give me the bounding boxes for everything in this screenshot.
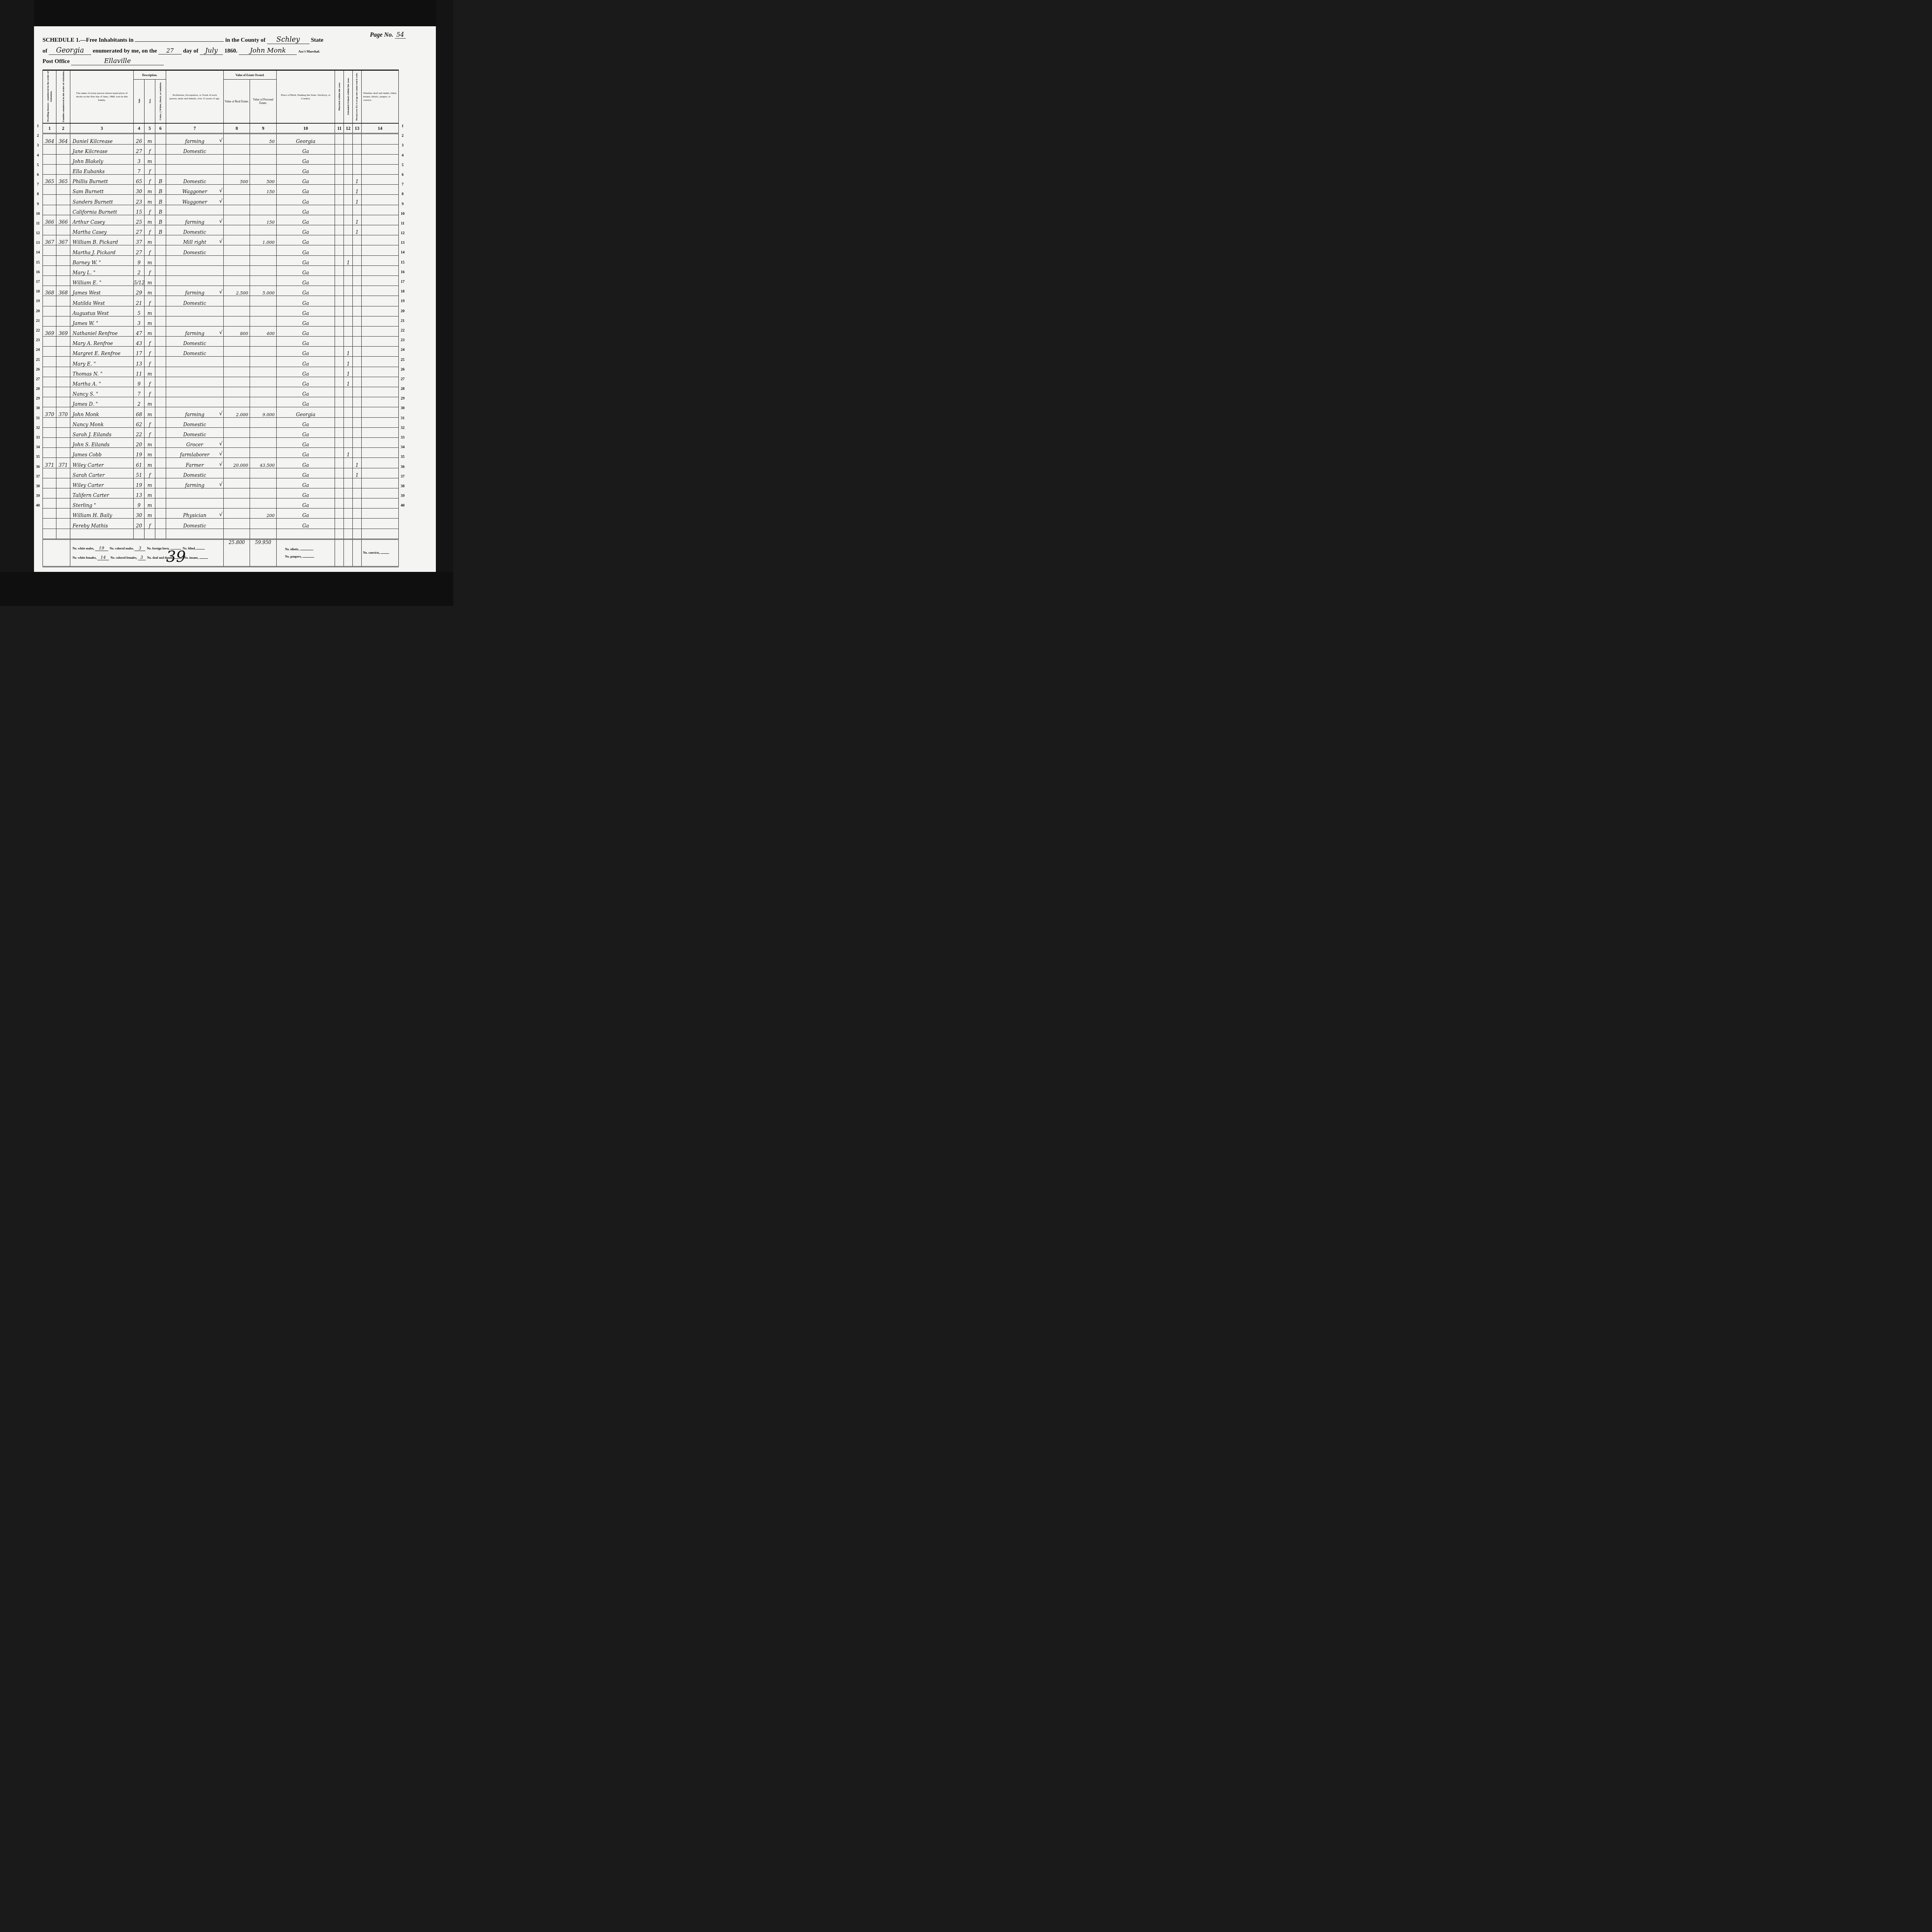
person-name: James D. " (73, 401, 98, 407)
age: 20 (136, 442, 142, 447)
line-number-right: 38 (399, 481, 406, 491)
attended-school-cell: 1 (344, 347, 353, 357)
col-num-4: 4 (134, 123, 145, 134)
real-estate-value-cell (224, 468, 250, 478)
personal-estate-value-cell (250, 245, 276, 255)
occupation: farmlaborer (180, 452, 209, 457)
birthplace: Ga (302, 523, 309, 529)
sex-cell: m (145, 367, 155, 377)
person-name-cell: Sanders Burnett (70, 195, 133, 205)
col-num-2: 2 (56, 123, 70, 134)
dwelling-number-cell: 367 (43, 235, 56, 245)
dwelling-number: 369 (45, 330, 54, 336)
sex: f (149, 422, 151, 427)
family-number-cell (56, 417, 70, 427)
line-number-right: 31 (399, 413, 406, 423)
color-cell: B (155, 205, 166, 215)
table-row: Sarah Carter51fDomesticGa1 (43, 468, 399, 478)
cannot-read-write-cell (353, 337, 362, 347)
birthplace-cell: Ga (276, 458, 335, 468)
line-number-left: 3 (34, 141, 42, 150)
person-name: Sam Burnett (73, 189, 104, 194)
dwelling-number-cell (43, 347, 56, 357)
line-number-right: 13 (399, 238, 406, 248)
personal-estate-value: 43.500 (260, 463, 275, 468)
personal-estate-value-cell (250, 337, 276, 347)
age: 27 (136, 229, 142, 235)
birthplace-cell: Ga (276, 235, 335, 245)
personal-estate-value-cell (250, 154, 276, 164)
dwelling-number-cell (43, 468, 56, 478)
line-number-left: 40 (34, 501, 42, 510)
convicts-tally: No. convicts, (361, 539, 398, 566)
real-estate-value-cell: 20.000 (224, 458, 250, 468)
age-cell: 13 (134, 357, 145, 367)
birthplace: Ga (302, 158, 309, 164)
birthplace-cell: Ga (276, 306, 335, 316)
family-number: 365 (59, 179, 68, 184)
birthplace-cell: Ga (276, 488, 335, 498)
birthplace-cell: Ga (276, 286, 335, 296)
age-cell: 27 (134, 225, 145, 235)
sex-cell: f (145, 296, 155, 306)
occupation-cell: Domestic (166, 347, 223, 357)
color-cell (155, 357, 166, 367)
line-number-right: 25 (399, 355, 406, 365)
occupation-cell (166, 265, 223, 276)
table-row: Martha Casey27fBDomesticGa1 (43, 225, 399, 235)
dwelling-number-cell (43, 519, 56, 529)
age-cell: 27 (134, 144, 145, 154)
cannot-read-write: 1 (355, 179, 359, 184)
birthplace: Ga (302, 462, 309, 468)
line-number-left: 21 (34, 316, 42, 326)
personal-estate-value: 500 (267, 179, 275, 184)
table-row: Sam Burnett30mBWaggoner√150Ga1 (43, 185, 399, 195)
person-name: Mary A. Renfroe (73, 340, 113, 346)
col-group-estate: Value of Estate Owned. (224, 70, 277, 80)
sex: m (148, 189, 152, 194)
dwelling-number-cell (43, 357, 56, 367)
age-cell: 22 (134, 427, 145, 437)
table-row: Sanders Burnett23mBWaggoner√Ga1 (43, 195, 399, 205)
checkmark-icon: √ (219, 188, 223, 194)
dwelling-number-cell (43, 498, 56, 509)
age: 27 (136, 250, 142, 255)
age: 68 (136, 412, 142, 417)
sex-cell: f (145, 468, 155, 478)
family-number-cell (56, 397, 70, 407)
line-number-left: 10 (34, 209, 42, 219)
birthplace-cell: Ga (276, 448, 335, 458)
sex: f (149, 472, 151, 478)
attended-school-cell (344, 185, 353, 195)
personal-estate-value-cell (250, 205, 276, 215)
real-estate-value-cell (224, 448, 250, 458)
occupation: Domestic (183, 432, 206, 437)
occupation-cell: Mill right√ (166, 235, 223, 245)
sex-cell: m (145, 134, 155, 144)
cannot-read-write-cell (353, 357, 362, 367)
birthplace: Ga (302, 229, 309, 235)
condition-cell (361, 417, 398, 427)
line-number-right: 12 (399, 228, 406, 238)
birthplace: Ga (302, 330, 309, 336)
sex: m (148, 239, 152, 245)
color-cell (155, 265, 166, 276)
table-row: Sterling "9mGa (43, 498, 399, 509)
color-cell (155, 448, 166, 458)
real-estate-value-cell (224, 205, 250, 215)
age-cell: 7 (134, 164, 145, 174)
attended-school-cell (344, 337, 353, 347)
family-number-cell (56, 509, 70, 519)
dwelling-number-cell (43, 337, 56, 347)
married-within-year-cell (335, 488, 344, 498)
birthplace-cell: Ga (276, 498, 335, 509)
age: 7 (138, 168, 141, 174)
person-name-cell: Nancy Monk (70, 417, 133, 427)
cannot-read-write-cell (353, 306, 362, 316)
person-name-cell: Thomas N. " (70, 367, 133, 377)
family-number: 367 (59, 239, 68, 245)
line-number-left: 23 (34, 335, 42, 345)
sex-cell: f (145, 205, 155, 215)
attended-school-cell (344, 529, 353, 539)
col-num-11: 11 (335, 123, 344, 134)
married-within-year-cell (335, 316, 344, 326)
condition-cell (361, 478, 398, 488)
table-row: California Burnett15fBGa (43, 205, 399, 215)
cannot-read-write-cell (353, 296, 362, 306)
person-name-cell: Fereby Mathis (70, 519, 133, 529)
occupation-cell (166, 387, 223, 397)
sex-cell: f (145, 225, 155, 235)
birthplace-cell: Ga (276, 387, 335, 397)
checkmark-icon: √ (219, 330, 223, 336)
sex-cell: m (145, 276, 155, 286)
county-field: Schley (267, 36, 310, 44)
insane-label: No. insane, (184, 556, 199, 560)
attended-school-cell: 1 (344, 367, 353, 377)
table-row: Mary E. "13fGa1 (43, 357, 399, 367)
married-within-year-cell (335, 458, 344, 468)
person-name: Matilda West (73, 300, 105, 306)
family-number-cell (56, 265, 70, 276)
personal-estate-value-cell (250, 519, 276, 529)
attended-school-cell (344, 245, 353, 255)
cannot-read-write: 1 (355, 219, 359, 225)
insane-value (199, 558, 208, 559)
age: 62 (136, 422, 142, 427)
dwelling-number: 365 (45, 179, 54, 184)
sex: m (148, 492, 152, 498)
attended-school-cell (344, 154, 353, 164)
occupation: farming (185, 412, 204, 417)
dwelling-number-cell (43, 397, 56, 407)
line-number-right: 18 (399, 287, 406, 296)
real-estate-value-cell (224, 255, 250, 265)
birthplace-cell: Ga (276, 326, 335, 336)
cannot-read-write-cell (353, 235, 362, 245)
dwelling-number-cell (43, 529, 56, 539)
colored-males-label: No. colored males, (110, 547, 134, 550)
table-row: 365365Phillis Burnett65fBDomestic500500G… (43, 175, 399, 185)
occupation-cell: Domestic (166, 245, 223, 255)
sex: m (148, 260, 152, 265)
person-name: Martha J. Pickard (73, 250, 116, 255)
sex: m (148, 462, 152, 468)
color-cell (155, 377, 166, 387)
color-cell (155, 519, 166, 529)
personal-estate-total: 59.950 (250, 539, 276, 566)
cannot-read-write-cell (353, 437, 362, 447)
color-cell (155, 245, 166, 255)
line-number-left: 29 (34, 394, 42, 403)
occupation-cell (166, 488, 223, 498)
birthplace-cell: Ga (276, 265, 335, 276)
age: 3 (138, 158, 141, 164)
color-cell (155, 458, 166, 468)
married-within-year-cell (335, 296, 344, 306)
person-name: Nancy S. " (73, 391, 98, 397)
age: 22 (136, 432, 142, 437)
year-label: 1860. (224, 48, 238, 54)
census-table: Dwelling-houses—numbered in the order of… (43, 70, 399, 567)
birthplace: Ga (302, 502, 309, 508)
occupation: Waggoner (182, 199, 207, 205)
attended-school: 1 (347, 350, 350, 356)
col-header-condition: Whether deaf and dumb, blind, insane, id… (361, 70, 398, 124)
married-within-year-cell (335, 509, 344, 519)
table-row: Nancy Monk62fDomesticGa (43, 417, 399, 427)
dwelling-number-cell: 368 (43, 286, 56, 296)
age-cell: 9 (134, 377, 145, 387)
col-header-dwelling: Dwelling-houses—numbered in the order of… (43, 70, 56, 124)
line-number-right: 29 (399, 394, 406, 403)
birthplace: Ga (302, 179, 309, 184)
color: B (159, 219, 162, 225)
line-number-right: 26 (399, 365, 406, 374)
condition-cell (361, 326, 398, 336)
table-row: William E. "5/12mGa (43, 276, 399, 286)
occupation: Domestic (183, 179, 206, 184)
sex: m (148, 310, 152, 316)
birthplace-cell: Ga (276, 367, 335, 377)
occupation-cell: Domestic (166, 468, 223, 478)
occupation-cell: farming√ (166, 134, 223, 144)
col-header-age: Age. (134, 80, 145, 124)
sex-cell: m (145, 397, 155, 407)
age: 20 (136, 523, 142, 529)
sex: m (148, 502, 152, 508)
line-number-left: 11 (34, 219, 42, 228)
sex-cell: m (145, 448, 155, 458)
table-row: Martha A. "9fGa1 (43, 377, 399, 387)
person-name-cell: John Blakely (70, 154, 133, 164)
table-row: 370370John Monk68mfarming√2.0009.000Geor… (43, 407, 399, 417)
age: 27 (136, 148, 142, 154)
col-num-8: 8 (224, 123, 250, 134)
birthplace: Ga (302, 280, 309, 286)
cannot-read-write-cell: 1 (353, 195, 362, 205)
convicts-label: No. convicts, (363, 551, 380, 554)
color-cell: B (155, 215, 166, 225)
family-number-cell (56, 144, 70, 154)
cannot-read-write-cell (353, 255, 362, 265)
age: 9 (138, 260, 141, 265)
personal-estate-value-cell: 500 (250, 175, 276, 185)
cannot-read-write: 1 (355, 472, 359, 478)
person-name: James Cobb (73, 452, 102, 457)
person-name: Talifern Carter (73, 492, 109, 498)
occupation-cell (166, 316, 223, 326)
occupation: Domestic (183, 472, 206, 478)
dwelling-number-cell: 366 (43, 215, 56, 225)
sex-cell: m (145, 286, 155, 296)
personal-estate-value: 1.000 (262, 240, 275, 245)
occupation: farming (185, 330, 204, 336)
age-cell: 15 (134, 205, 145, 215)
line-number-right: 30 (399, 403, 406, 413)
real-estate-value-cell (224, 519, 250, 529)
real-estate-value-cell (224, 235, 250, 245)
married-within-year-cell (335, 367, 344, 377)
table-header: Dwelling-houses—numbered in the order of… (43, 70, 399, 134)
color-cell (155, 407, 166, 417)
cannot-read-write-cell (353, 367, 362, 377)
color-cell (155, 235, 166, 245)
personal-estate-value-cell (250, 387, 276, 397)
attended-school-cell (344, 478, 353, 488)
line-number-right: 22 (399, 326, 406, 335)
dwelling-number-cell (43, 296, 56, 306)
married-within-year-cell (335, 215, 344, 225)
cannot-read-write-cell (353, 427, 362, 437)
sex-cell: f (145, 387, 155, 397)
birthplace: Ga (302, 189, 309, 194)
person-name-cell: Matilda West (70, 296, 133, 306)
birthplace-cell: Georgia (276, 134, 335, 144)
family-number-cell (56, 347, 70, 357)
dwelling-number-cell (43, 387, 56, 397)
line-number-left: 28 (34, 384, 42, 394)
family-number-cell (56, 529, 70, 539)
table-row: Matilda West21fDomesticGa (43, 296, 399, 306)
married-within-year-cell (335, 255, 344, 265)
color-cell: B (155, 185, 166, 195)
personal-estate-value-cell (250, 265, 276, 276)
line-number-left: 34 (34, 442, 42, 452)
birthplace-cell: Ga (276, 417, 335, 427)
person-name-cell: John S. Eilands (70, 437, 133, 447)
checkmark-icon: √ (219, 441, 223, 447)
color-cell (155, 306, 166, 316)
age-cell: 17 (134, 347, 145, 357)
line-number-right: 20 (399, 306, 406, 316)
census-rows: 364364Daniel Kilcrease26mfarming√50Georg… (43, 134, 399, 539)
birthplace: Ga (302, 199, 309, 205)
married-within-year-cell (335, 347, 344, 357)
age: 9 (138, 502, 141, 508)
occupation-cell (166, 306, 223, 316)
col-header-family: Families numbered in the order of visita… (56, 70, 70, 124)
scan-border-top (0, 0, 453, 26)
birthplace: Georgia (296, 412, 315, 417)
occupation-cell: farming√ (166, 326, 223, 336)
family-number-cell (56, 195, 70, 205)
county-label: in the County of (225, 37, 265, 43)
age-cell: 5 (134, 306, 145, 316)
attended-school-cell (344, 468, 353, 478)
sex-cell: m (145, 509, 155, 519)
attended-school-cell (344, 397, 353, 407)
line-number-left: 22 (34, 326, 42, 335)
colored-males-value: 3 (134, 546, 145, 551)
line-number-left: 27 (34, 374, 42, 384)
color-cell (155, 468, 166, 478)
family-number-cell (56, 468, 70, 478)
age-cell: 3 (134, 154, 145, 164)
color-cell (155, 437, 166, 447)
personal-estate-value-cell (250, 164, 276, 174)
married-within-year-cell (335, 154, 344, 164)
real-estate-value-cell: 2.000 (224, 407, 250, 417)
age-cell: 65 (134, 175, 145, 185)
condition-cell (361, 235, 398, 245)
post-office-field: Ellaville (71, 57, 164, 65)
personal-estate-value-cell: 400 (250, 326, 276, 336)
line-number-right: 17 (399, 277, 406, 287)
condition-cell (361, 154, 398, 164)
age: 17 (136, 350, 142, 356)
white-females-label: No. white females, (73, 556, 97, 560)
cannot-read-write-cell (353, 134, 362, 144)
birthplace: Ga (302, 512, 309, 518)
married-within-year-cell (335, 326, 344, 336)
dwelling-number-cell (43, 164, 56, 174)
sex-cell: m (145, 306, 155, 316)
birthplace: Ga (302, 310, 309, 316)
birthplace: Ga (302, 219, 309, 225)
occupation: Domestic (183, 350, 206, 356)
line-number-left: 30 (34, 403, 42, 413)
real-estate-value-cell (224, 337, 250, 347)
subdivision-field (135, 41, 224, 42)
table-row: James W. "3mGa (43, 316, 399, 326)
married-within-year-cell (335, 144, 344, 154)
occupation-cell (166, 276, 223, 286)
family-number-cell: 365 (56, 175, 70, 185)
attended-school-cell (344, 215, 353, 225)
person-name: James W. " (73, 320, 98, 326)
married-within-year-cell (335, 225, 344, 235)
real-estate-value-cell (224, 195, 250, 205)
table-row: James D. "2mGa (43, 397, 399, 407)
family-number-cell (56, 306, 70, 316)
line-number-left: 8 (34, 189, 42, 199)
personal-estate-value-cell: 5.000 (250, 286, 276, 296)
line-number-right: 32 (399, 423, 406, 433)
person-name: Daniel Kilcrease (73, 138, 113, 144)
married-within-year-cell (335, 265, 344, 276)
checkmark-icon: √ (219, 138, 223, 144)
cannot-read-write-cell (353, 397, 362, 407)
table-row: Margret E. Renfroe17fDomesticGa1 (43, 347, 399, 357)
table-row: Mary A. Renfroe43fDomesticGa (43, 337, 399, 347)
condition-cell (361, 276, 398, 286)
birthplace: Ga (302, 350, 309, 356)
